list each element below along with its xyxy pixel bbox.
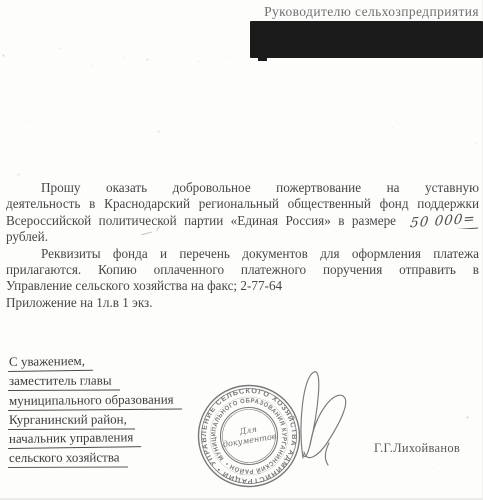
closing-line: Курганинский район, [8, 410, 135, 430]
signer-name: Г.Г.Лихойванов [374, 441, 460, 456]
redaction-bar-nub [258, 58, 267, 61]
body-line: Приложение на 1л.в 1 экз. [6, 295, 479, 311]
scan-noise [0, 0, 1, 1]
closing-line: муниципального образования [8, 390, 182, 411]
handwritten-amount: 50 000= [407, 213, 479, 229]
scanned-letter-page: Руководителю сельхозпредприятия Прошу ок… [0, 0, 483, 500]
closing-line: С уважением, [8, 352, 93, 372]
closing-line: начальник управления [8, 428, 142, 449]
body-line: Реквизиты фонда и перечень документов дл… [6, 246, 479, 262]
official-stamp: УПРАВЛЕНИЕ СЕЛЬСКОГО ХОЗЯЙСТВА АДМИНИСТР… [195, 382, 303, 490]
body-line: деятельность в Краснодарский региональны… [6, 196, 479, 212]
body-line: Всероссийской политической партии «Едина… [6, 213, 479, 229]
body-line: рублей. [6, 229, 479, 245]
closing-line: сельского хозяйства [8, 449, 128, 469]
body-line-text: Всероссийской политической партии «Едина… [6, 213, 396, 228]
redaction-bar [250, 21, 483, 58]
body-line: Прошу оказать добровольное пожертвование… [6, 180, 479, 196]
recipient-line: Руководителю сельхозпредприятия [264, 4, 479, 20]
body-line: Управление сельского хозяйства на факс; … [6, 278, 479, 294]
closing-line: заместитель главы [8, 372, 120, 392]
letter-body: Прошу оказать добровольное пожертвование… [6, 180, 479, 311]
closing-block: С уважением, заместитель главы муниципал… [10, 353, 182, 469]
body-line: прилагаются. Копию оплаченного платежног… [6, 262, 479, 278]
